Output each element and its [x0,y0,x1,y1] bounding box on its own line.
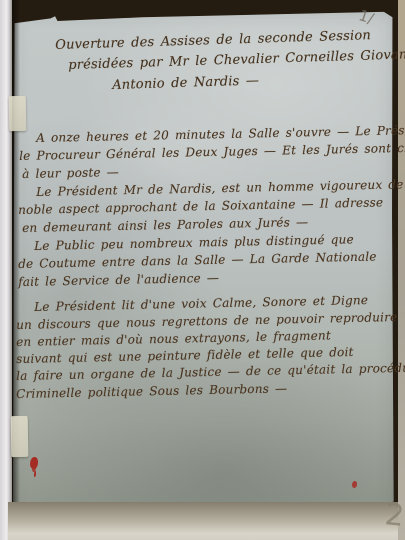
handwritten-line: à leur poste — [22,165,119,181]
pencil-mark-bottom-right: 2 [383,497,405,534]
manuscript-photo: Ouverture des Assises de la seconde Sess… [0,0,405,540]
mount-right-strip [398,0,405,540]
mount-left-strip [0,0,12,540]
tape-tab-lower [11,416,29,457]
tape-tab-upper [9,96,27,131]
mount-bottom-strip [8,502,405,540]
